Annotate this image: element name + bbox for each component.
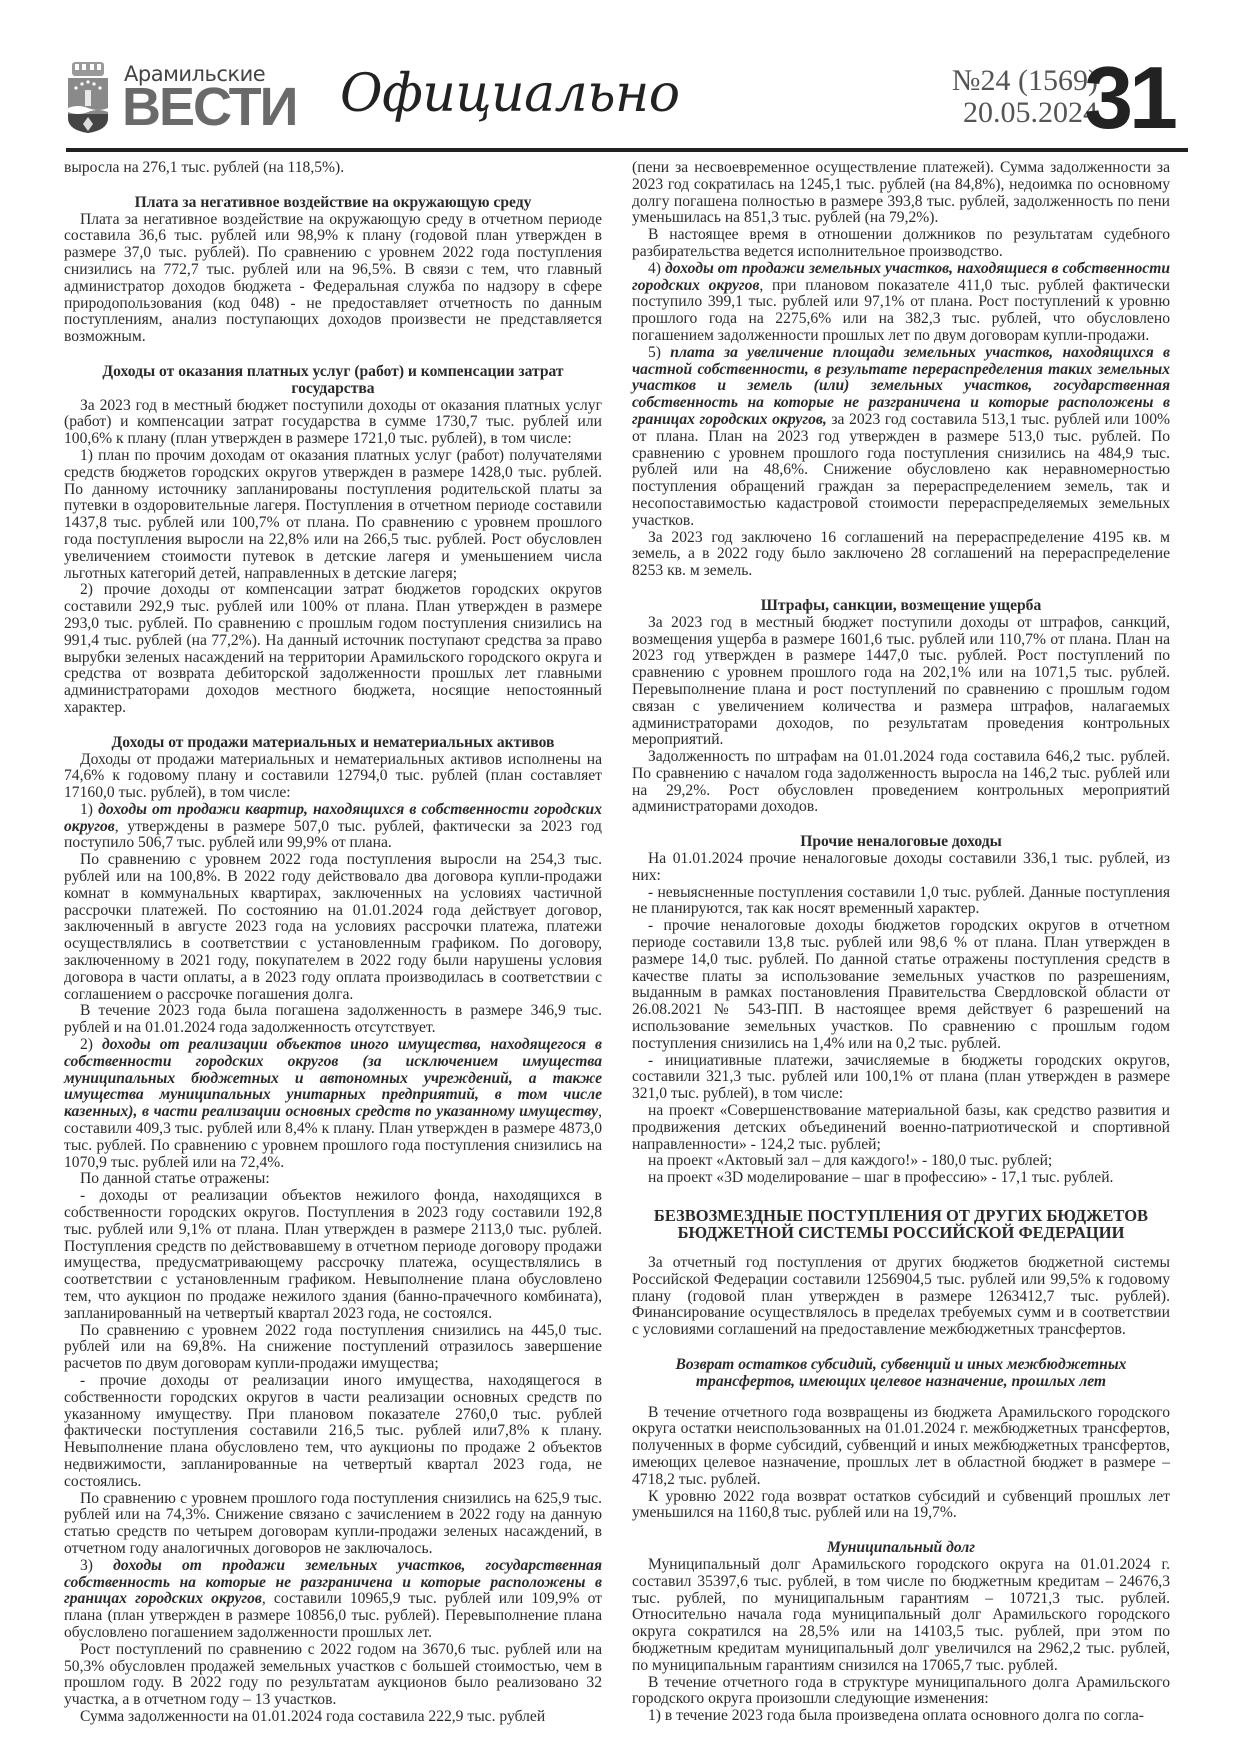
paragraph: За 2023 год в местный бюджет поступили д… [632, 615, 1170, 749]
issue-info: №24 (1569) 20.05.2024 [898, 66, 1098, 128]
paragraph: 3) доходы от продажи земельных участков,… [64, 1558, 602, 1642]
paragraph: 1) в течение 2023 года была произведена … [632, 1708, 1170, 1725]
paragraph: 2) доходы от реализации объектов иного и… [64, 1037, 602, 1171]
paragraph: Муниципальный долг Арамильского городско… [632, 1557, 1170, 1675]
paragraph: В настоящее время в отношении должников … [632, 227, 1170, 261]
paragraph: на проект «3D моделирование – шаг в проф… [632, 1170, 1170, 1187]
paragraph: - прочие неналоговые доходы бюджетов гор… [632, 918, 1170, 1052]
paragraph: 2) прочие доходы от компенсации затрат б… [64, 582, 602, 716]
brand-name-main: ВЕСТИ [122, 80, 296, 134]
list-number: 4) [648, 260, 665, 277]
right-column: (пени за несвоевременное осуществление п… [632, 160, 1170, 1725]
paragraph: По сравнению с уровнем 2022 года поступл… [64, 1323, 602, 1373]
text: за 2023 год составила 513,1 тыс. рублей … [632, 411, 1170, 529]
paragraph: По сравнению с уровнем прошлого года пос… [64, 1491, 602, 1558]
paragraph: - доходы от реализации объектов нежилого… [64, 1188, 602, 1322]
newspaper-logo: Арамильские ВЕСТИ [66, 60, 296, 134]
paragraph: 4) доходы от продажи земельных участков,… [632, 261, 1170, 345]
paragraph: По данной статье отражены: [64, 1171, 602, 1188]
heading-municipal-debt: Муниципальный долг [632, 1540, 1170, 1557]
paragraph: В течение 2023 года была погашена задолж… [64, 1003, 602, 1037]
issue-date: 20.05.2024 [898, 98, 1098, 128]
paragraph: Сумма задолженности на 01.01.2024 года с… [64, 1709, 602, 1726]
paragraph: За 2023 год в местный бюджет поступили д… [64, 398, 602, 448]
heading-paid-services: Доходы от оказания платных услуг (работ)… [64, 364, 602, 398]
paragraph: К уровню 2022 года возврат остатков субс… [632, 1489, 1170, 1523]
paragraph: За отчетный год поступления от других бю… [632, 1255, 1170, 1339]
heading-gratuitous-receipts: БЕЗВОЗМЕЗДНЫЕ ПОСТУПЛЕНИЯ ОТ ДРУГИХ БЮДЖ… [632, 1207, 1170, 1241]
paragraph: За 2023 год заключено 16 соглашений на п… [632, 530, 1170, 580]
paragraph: Задолженность по штрафам на 01.01.2024 г… [632, 749, 1170, 816]
paragraph: Плата за негативное воздействие на окруж… [64, 212, 602, 346]
paragraph: (пени за несвоевременное осуществление п… [632, 160, 1170, 227]
list-number: 5) [648, 344, 670, 361]
paragraph: на проект «Совершенствование материально… [632, 1103, 1170, 1153]
list-number: 1) [80, 801, 98, 818]
paragraph: - невыясненные поступления составили 1,0… [632, 885, 1170, 919]
coat-of-arms-icon [66, 60, 110, 134]
paragraph: В течение отчетного года в структуре мун… [632, 1675, 1170, 1709]
paragraph: 1) доходы от продажи квартир, находящихс… [64, 802, 602, 852]
masthead: Арамильские ВЕСТИ Официально №24 (1569) … [66, 60, 1180, 148]
paragraph: на проект «Актовый зал – для каждого!» -… [632, 1153, 1170, 1170]
emphasis: доходы от реализации объектов иного имущ… [64, 1036, 602, 1120]
list-number: 2) [80, 1036, 102, 1053]
heading-asset-sales: Доходы от продажи материальных и нематер… [64, 735, 602, 752]
heading-environment-fee: Плата за негативное воздействие на окруж… [64, 195, 602, 212]
paragraph: На 01.01.2024 прочие неналоговые доходы … [632, 851, 1170, 885]
section-title: Официально [340, 64, 680, 124]
header-rule [66, 148, 1188, 152]
paragraph: - инициативные платежи, зачисляемые в бю… [632, 1053, 1170, 1103]
heading-subsidy-return: Возврат остатков субсидий, субвенций и и… [632, 1357, 1170, 1391]
paragraph: 1) план по прочим доходам от оказания пл… [64, 448, 602, 582]
paragraph: Доходы от продажи материальных и нематер… [64, 752, 602, 802]
text: , утверждены в размере 507,0 тыс. рублей… [64, 818, 602, 852]
paragraph: выросла на 276,1 тыс. рублей (на 118,5%)… [64, 160, 602, 177]
paragraph: Рост поступлений по сравнению с 2022 год… [64, 1642, 602, 1709]
paragraph: По сравнению с уровнем 2022 года поступл… [64, 852, 602, 1003]
paragraph: В течение отчетного года возвращены из б… [632, 1405, 1170, 1489]
paragraph: 5) плата за увеличение площади земельных… [632, 345, 1170, 530]
page-number: 31 [1084, 54, 1174, 142]
list-number: 3) [80, 1557, 113, 1574]
heading-other-nontax: Прочие неналоговые доходы [632, 834, 1170, 851]
left-column: выросла на 276,1 тыс. рублей (на 118,5%)… [64, 160, 602, 1726]
heading-fines: Штрафы, санкции, возмещение ущерба [632, 598, 1170, 615]
issue-number: №24 (1569) [898, 66, 1098, 96]
paragraph: - прочие доходы от реализации иного имущ… [64, 1373, 602, 1491]
